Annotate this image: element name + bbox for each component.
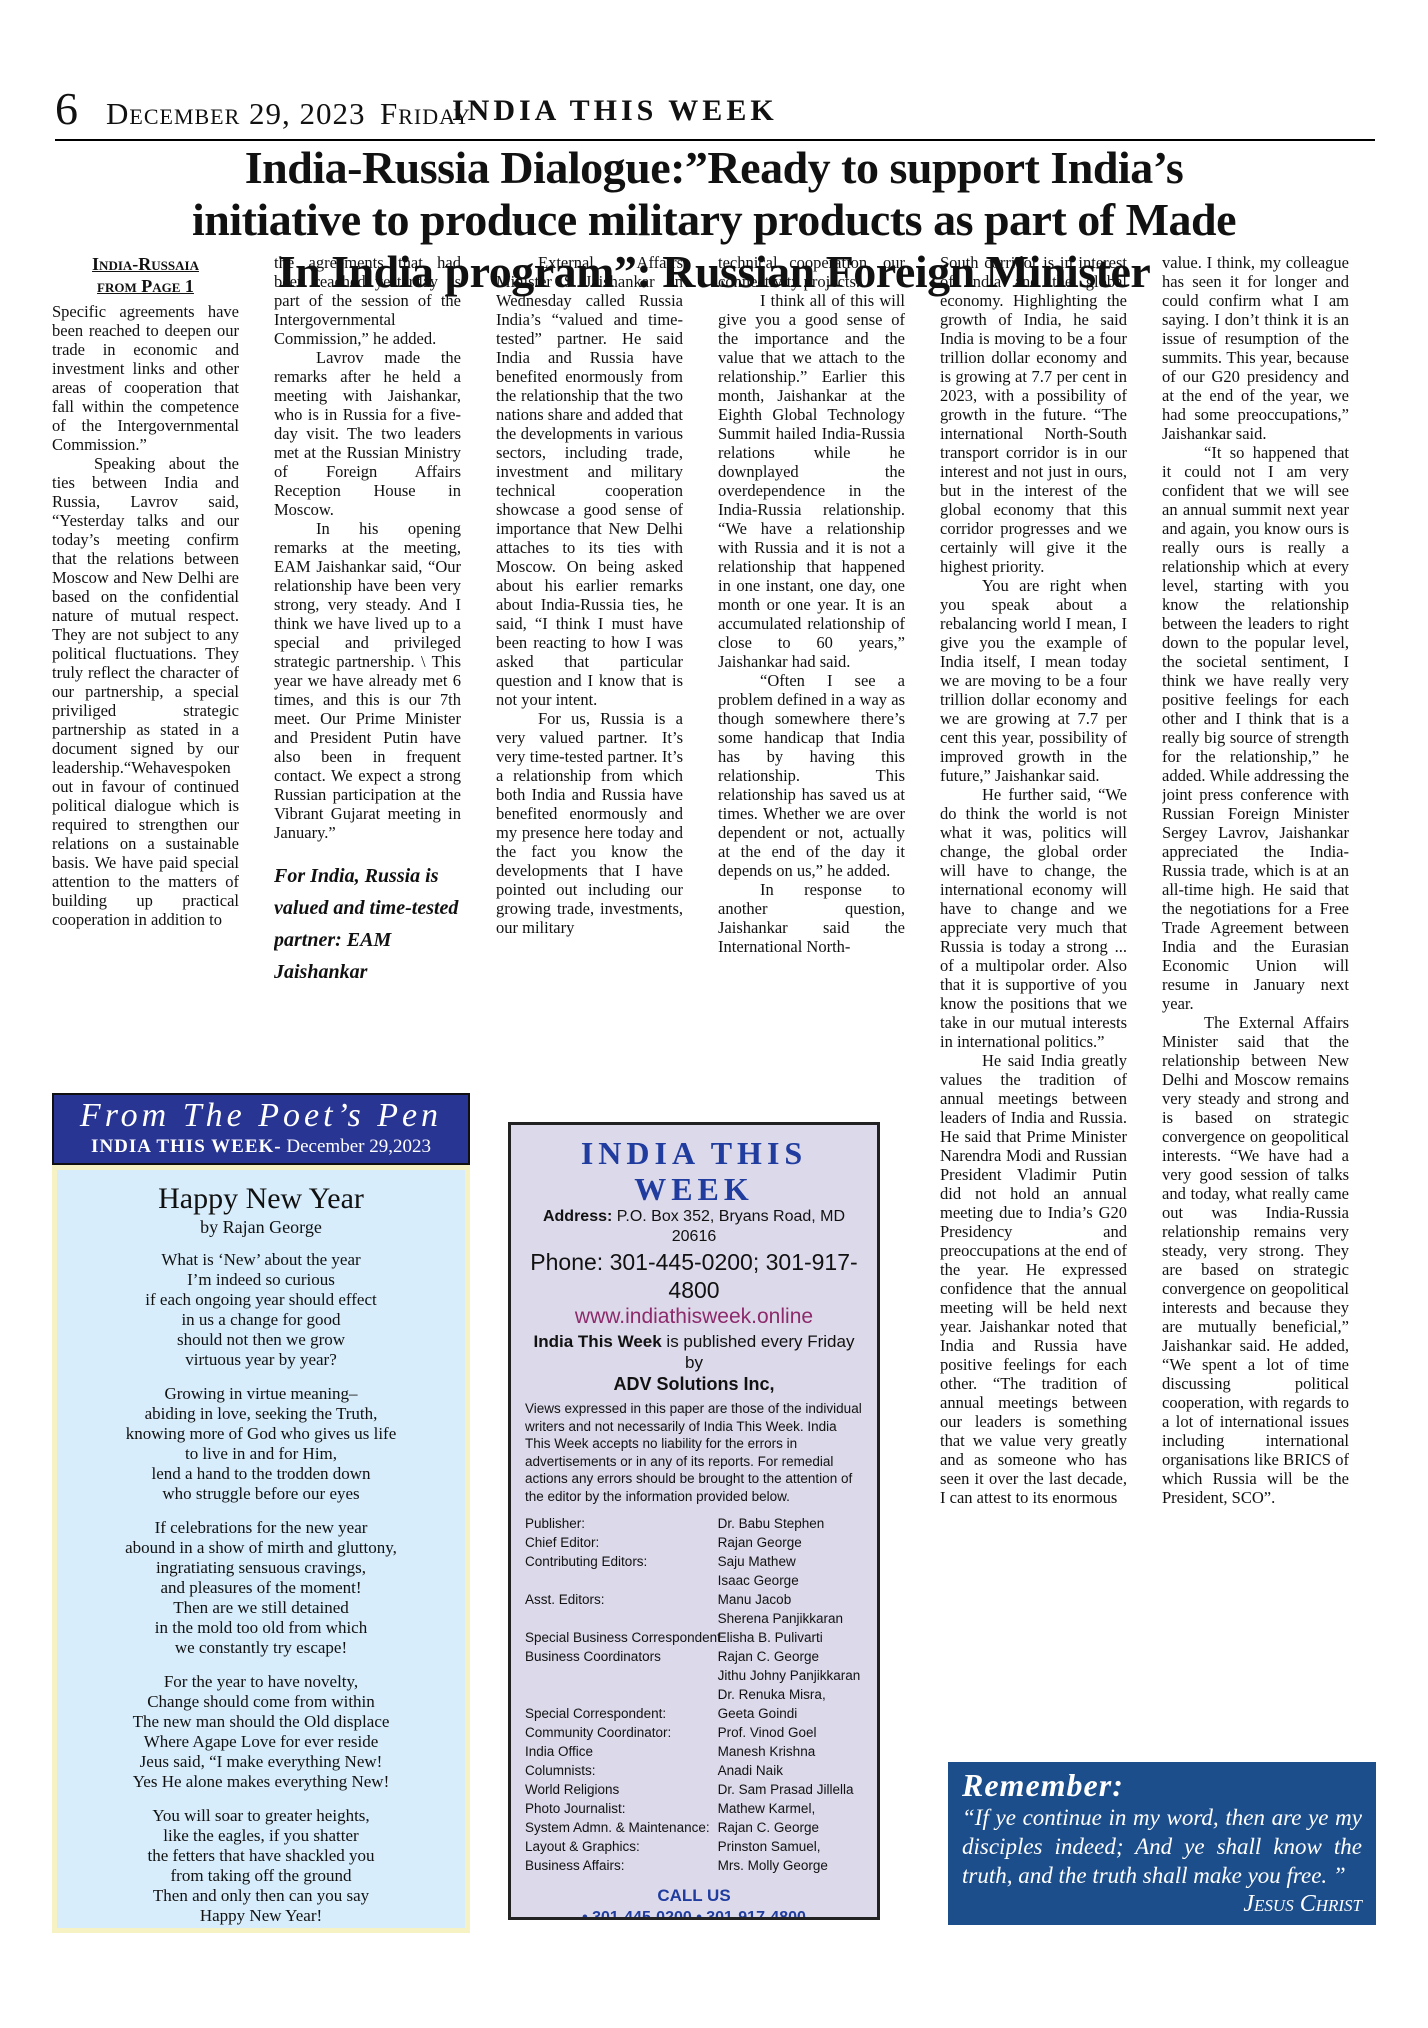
article-paragraph: In his opening remarks at the meeting, E…	[274, 519, 461, 842]
article-paragraph: The External Affairs Minister said that …	[1162, 1013, 1349, 1507]
article-column-4: technical cooperation, our connectivity …	[718, 253, 905, 1109]
article-paragraph: He said India greatly values the traditi…	[940, 1051, 1127, 1507]
poem-stanza: If celebrations for the new year abound …	[57, 1518, 465, 1658]
article-paragraph: You are right when you speak about a reb…	[940, 576, 1127, 785]
poets-pen-subtitle-date: December 29,2023	[282, 1136, 431, 1157]
article-paragraph: Lavrov made the remarks after he held a …	[274, 348, 461, 519]
staff-roles-column: Publisher: Chief Editor: Contributing Ed…	[525, 1514, 718, 1875]
poem-stanza: What is ‘New’ about the year I’m indeed …	[57, 1250, 465, 1370]
remember-heading: Remember:	[962, 1767, 1362, 1803]
address-label: Address:	[543, 1208, 612, 1225]
page-number: 6	[55, 86, 78, 132]
poem-title: Happy New Year	[57, 1182, 465, 1216]
article-paragraph: I think all of this will give you a good…	[718, 291, 905, 671]
call-us-numbers: • 301-445-0200 • 301-917-4800	[525, 1907, 863, 1920]
publisher-company: ADV Solutions Inc,	[525, 1373, 863, 1395]
staff-list: Publisher: Chief Editor: Contributing Ed…	[525, 1514, 863, 1875]
poets-pen-subtitle: INDIA THIS WEEK- December 29,2023	[54, 1136, 468, 1158]
phone-line: Phone: 301-445-0200; 301-917-4800	[525, 1248, 863, 1304]
poem-stanza: Growing in virtue meaning– abiding in lo…	[57, 1384, 465, 1504]
poets-pen-subtitle-brand: INDIA THIS WEEK-	[91, 1136, 282, 1157]
remember-box: Remember: “If ye continue in my word, th…	[948, 1762, 1376, 1925]
address-line: Address: P.O. Box 352, Bryans Road, MD 2…	[525, 1207, 863, 1247]
continued-from-line1: India-Russaia	[92, 254, 199, 274]
disclaimer-text: Views expressed in this paper are those …	[525, 1400, 863, 1505]
masthead-title: INDIA THIS WEEK	[452, 94, 778, 128]
continued-from-note: India-Russaia from Page 1	[52, 253, 239, 297]
phone-label: Phone:	[530, 1249, 603, 1275]
article-column-3: External Affairs Minister S Jaishankar o…	[496, 253, 683, 1109]
article-column-6: value. I think, my colleague has seen it…	[1162, 253, 1349, 1748]
remember-quote: “If ye continue in my word, then are ye …	[962, 1803, 1362, 1890]
publication-title: INDIA THIS WEEK	[525, 1135, 863, 1207]
article-paragraph: External Affairs Minister S Jaishankar o…	[496, 253, 683, 709]
poets-pen-title: From The Poet’s Pen	[54, 1096, 468, 1136]
continued-from-line2: from Page 1	[97, 276, 194, 296]
article-paragraph: “It so happened that it could not I am v…	[1162, 443, 1349, 1013]
phone-value: 301-445-0200; 301-917-4800	[603, 1249, 857, 1303]
issue-date: December 29, 2023	[106, 96, 366, 132]
address-value: P.O. Box 352, Bryans Road, MD 20616	[612, 1208, 845, 1245]
published-brand: India This Week	[534, 1332, 662, 1351]
article-paragraph: South corridor is in interest of India a…	[940, 253, 1127, 576]
staff-names-column: Dr. Babu Stephen Rajan George Saju Mathe…	[718, 1514, 863, 1875]
article-column-2: the agreements that had been reached yes…	[274, 253, 461, 1093]
article-column-1: India-Russaia from Page 1 Specific agree…	[52, 253, 239, 1085]
article-paragraph: In response to another question, Jaishan…	[718, 880, 905, 956]
article-paragraph: Speaking about the ties between India an…	[52, 454, 239, 929]
article-paragraph: For us, Russia is a very valued partner.…	[496, 709, 683, 937]
article-paragraph: the agreements that had been reached yes…	[274, 253, 461, 348]
masthead-rule	[55, 139, 1375, 141]
article-column-5: South corridor is in interest of India a…	[940, 253, 1127, 1758]
call-us-block: CALL US • 301-445-0200 • 301-917-4800	[525, 1885, 863, 1920]
poem-box: Happy New Year by Rajan George What is ‘…	[52, 1165, 470, 1933]
website-link[interactable]: www.indiathisweek.online	[525, 1304, 863, 1329]
remember-attribution: Jesus Christ	[962, 1890, 1362, 1918]
publication-info-box: INDIA THIS WEEK Address: P.O. Box 352, B…	[508, 1122, 880, 1920]
pull-quote: For India, Russia is valued and time-tes…	[274, 860, 461, 988]
poem-byline: by Rajan George	[57, 1216, 465, 1238]
published-rest: is published every Friday by	[662, 1332, 855, 1372]
poem-stanza: For the year to have novelty, Change sho…	[57, 1672, 465, 1792]
newspaper-page: 6 December 29, 2023 Friday INDIA THIS WE…	[0, 0, 1428, 2028]
call-us-heading: CALL US	[525, 1885, 863, 1907]
published-line: India This Week is published every Frida…	[525, 1331, 863, 1373]
article-paragraph: technical cooperation, our connectivity …	[718, 253, 905, 291]
article-paragraph: value. I think, my colleague has seen it…	[1162, 253, 1349, 443]
article-paragraph: “Often I see a problem defined in a way …	[718, 671, 905, 880]
article-paragraph: He further said, “We do think the world …	[940, 785, 1127, 1051]
poets-pen-header: From The Poet’s Pen INDIA THIS WEEK- Dec…	[52, 1093, 470, 1165]
article-paragraph: Specific agreements have been reached to…	[52, 302, 239, 454]
poem-stanza: You will soar to greater heights, like t…	[57, 1806, 465, 1933]
